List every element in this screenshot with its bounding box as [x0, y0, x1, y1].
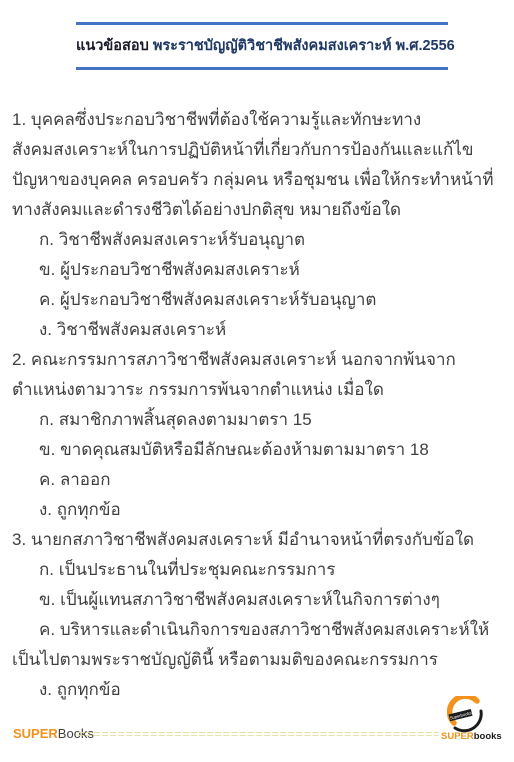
header-bottom-rule	[76, 67, 448, 70]
page-title-prefix: แนวข้อสอบ	[76, 38, 149, 54]
footer-divider-dashes: ========================================…	[77, 726, 439, 742]
question-2-choice-a: ก. สมาชิกภาพสิ้นสุดลงตามมาตรา 15	[12, 405, 504, 435]
logo-wordmark-super: SUPER	[441, 731, 474, 742]
footer-brand-left-super: SUPER	[13, 726, 58, 741]
question-3-choice-d: ง. ถูกทุกข้อ	[12, 675, 504, 705]
logo-wordmark-books: books	[474, 731, 502, 742]
superbooks-logo-icon: Superbooks	[447, 696, 485, 733]
question-1-choice-c: ค. ผู้ประกอบวิชาชีพสังคมสงเคราะห์รับอนุญ…	[12, 285, 504, 315]
exam-content: 1. บุคคลซึ่งประกอบวิชาชีพที่ต้องใช้ความร…	[12, 105, 504, 705]
question-1-choice-b: ข. ผู้ประกอบวิชาชีพสังคมสงเคราะห์	[12, 255, 504, 285]
question-3-choice-c: ค. บริหารและดำเนินกิจการของสภาวิชาชีพสัง…	[12, 615, 504, 675]
question-1-text: 1. บุคคลซึ่งประกอบวิชาชีพที่ต้องใช้ความร…	[12, 105, 504, 225]
page-title-main: พระราชบัญญัติวิชาชีพสังคมสงเคราะห์ พ.ศ.2…	[149, 38, 455, 54]
question-3-text: 3. นายกสภาวิชาชีพสังคมสงเคราะห์ มีอำนาจห…	[12, 525, 504, 555]
superbooks-logo-wordmark: SUPERbooks	[441, 731, 501, 743]
question-2-choice-b: ข. ขาดคุณสมบัติหรือมีลักษณะต้องห้ามตามมา…	[12, 435, 504, 465]
question-2-text: 2. คณะกรรมการสภาวิชาชีพสังคมสงเคราะห์ นอ…	[12, 345, 504, 405]
question-2-choice-c: ค. ลาออก	[12, 465, 504, 495]
document-page: แนวข้อสอบ พระราชบัญญัติวิชาชีพสังคมสงเคร…	[0, 0, 514, 762]
question-1-choice-a: ก. วิชาชีพสังคมสงเคราะห์รับอนุญาต	[12, 225, 504, 255]
question-2-choice-d: ง. ถูกทุกข้อ	[12, 495, 504, 525]
question-block-3: 3. นายกสภาวิชาชีพสังคมสงเคราะห์ มีอำนาจห…	[12, 525, 504, 705]
question-block-1: 1. บุคคลซึ่งประกอบวิชาชีพที่ต้องใช้ความร…	[12, 105, 504, 345]
footer-dashes-pale: ========================================…	[77, 726, 439, 741]
question-1-choice-d: ง. วิชาชีพสังคมสงเคราะห์	[12, 315, 504, 345]
question-block-2: 2. คณะกรรมการสภาวิชาชีพสังคมสงเคราะห์ นอ…	[12, 345, 504, 525]
logo-ribbon-text: Superbooks	[449, 710, 472, 720]
question-3-choice-a: ก. เป็นประธานในที่ประชุมคณะกรรมการ	[12, 555, 504, 585]
page-title: แนวข้อสอบ พระราชบัญญัติวิชาชีพสังคมสงเคร…	[76, 25, 448, 67]
header-banner: แนวข้อสอบ พระราชบัญญัติวิชาชีพสังคมสงเคร…	[76, 22, 448, 70]
question-3-choice-b: ข. เป็นผู้แทนสภาวิชาชีพสังคมสงเคราะห์ในก…	[12, 585, 504, 615]
